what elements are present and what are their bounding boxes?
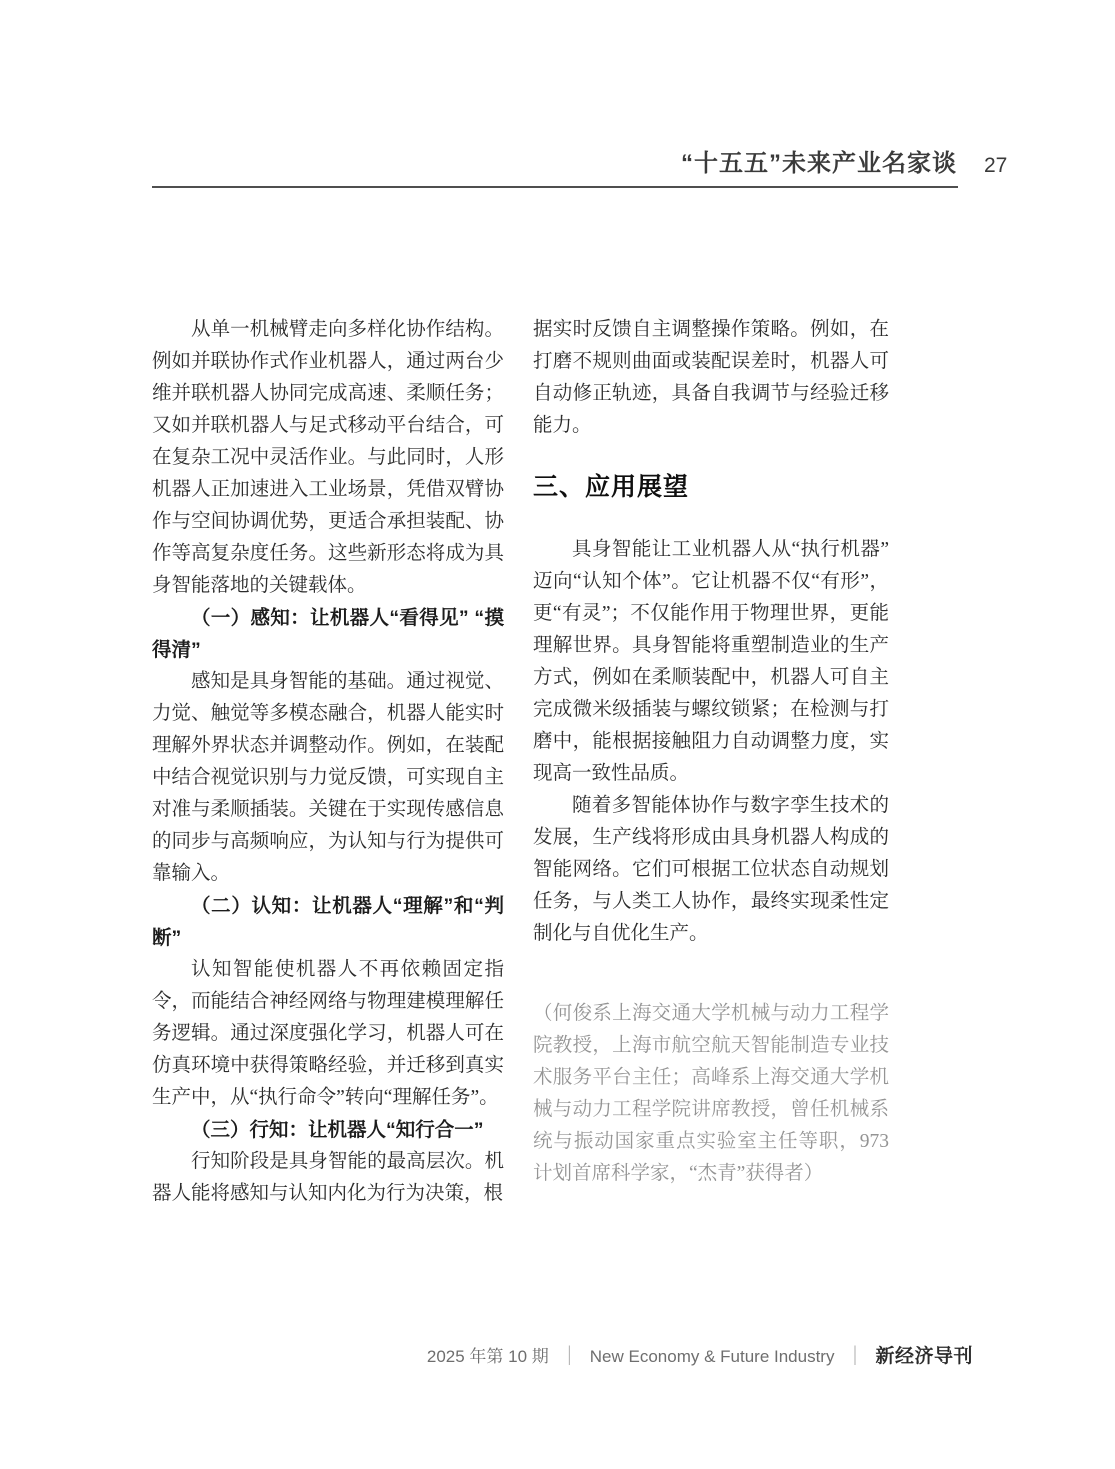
paragraph-perception: 感知是具身智能的基础。通过视觉、力觉、触觉等多模态融合，机器人能实时理解外界状态…: [152, 666, 504, 890]
footer-issue: 2025 年第 10 期: [427, 1347, 549, 1366]
paragraph-multi-agent: 随着多智能体协作与数字孪生技术的发展，生产线将形成由具身机器人构成的智能网络。它…: [533, 790, 889, 950]
subheading-cognition: （二）认知：让机器人“理解”和“判断”: [152, 890, 504, 954]
subheading-perception: （一）感知：让机器人“看得见” “摸得清”: [152, 602, 504, 666]
footer-separator-icon: ｜: [561, 1343, 578, 1371]
paragraph-action-knowledge-continuation: 据实时反馈自主调整操作策略。例如，在打磨不规则曲面或装配误差时，机器人可自动修正…: [533, 314, 889, 442]
subheading-action-knowledge: （三）行知：让机器人“知行合一”: [152, 1114, 504, 1146]
paragraph-cognition: 认知智能使机器人不再依赖固定指令，而能结合神经网络与物理建模理解任务逻辑。通过深…: [152, 954, 504, 1114]
paragraph-embodied-intelligence: 具身智能让工业机器人从“执行机器”迈向“认知个体”。它让机器不仅“有形”，更“有…: [533, 534, 889, 790]
header-rule: [152, 186, 958, 188]
page-footer: 2025 年第 10 期｜New Economy & Future Indust…: [427, 1345, 973, 1369]
section-heading-application-outlook: 三、应用展望: [533, 470, 889, 504]
footer-journal-name-en: New Economy & Future Industry: [590, 1347, 835, 1366]
footer-journal-logo: 新经济导刊: [875, 1346, 973, 1367]
left-column: 从单一机械臂走向多样化协作结构。例如并联协作式作业机器人，通过两台少维并联机器人…: [152, 314, 504, 1210]
magazine-page: “十五五”未来产业名家谈 27 从单一机械臂走向多样化协作结构。例如并联协作式作…: [0, 0, 1115, 1469]
page-number: 27: [984, 152, 1007, 180]
page-header-title: “十五五”未来产业名家谈: [681, 149, 957, 179]
footer-separator-icon: ｜: [846, 1343, 863, 1371]
author-bio-note: （何俊系上海交通大学机械与动力工程学院教授，上海市航空航天智能制造专业技术服务平…: [533, 998, 889, 1190]
right-column: 据实时反馈自主调整操作策略。例如，在打磨不规则曲面或装配误差时，机器人可自动修正…: [533, 314, 889, 1190]
paragraph-robot-forms: 从单一机械臂走向多样化协作结构。例如并联协作式作业机器人，通过两台少维并联机器人…: [152, 314, 504, 602]
paragraph-action-knowledge-start: 行知阶段是具身智能的最高层次。机器人能将感知与认知内化为行为决策，根: [152, 1146, 504, 1210]
